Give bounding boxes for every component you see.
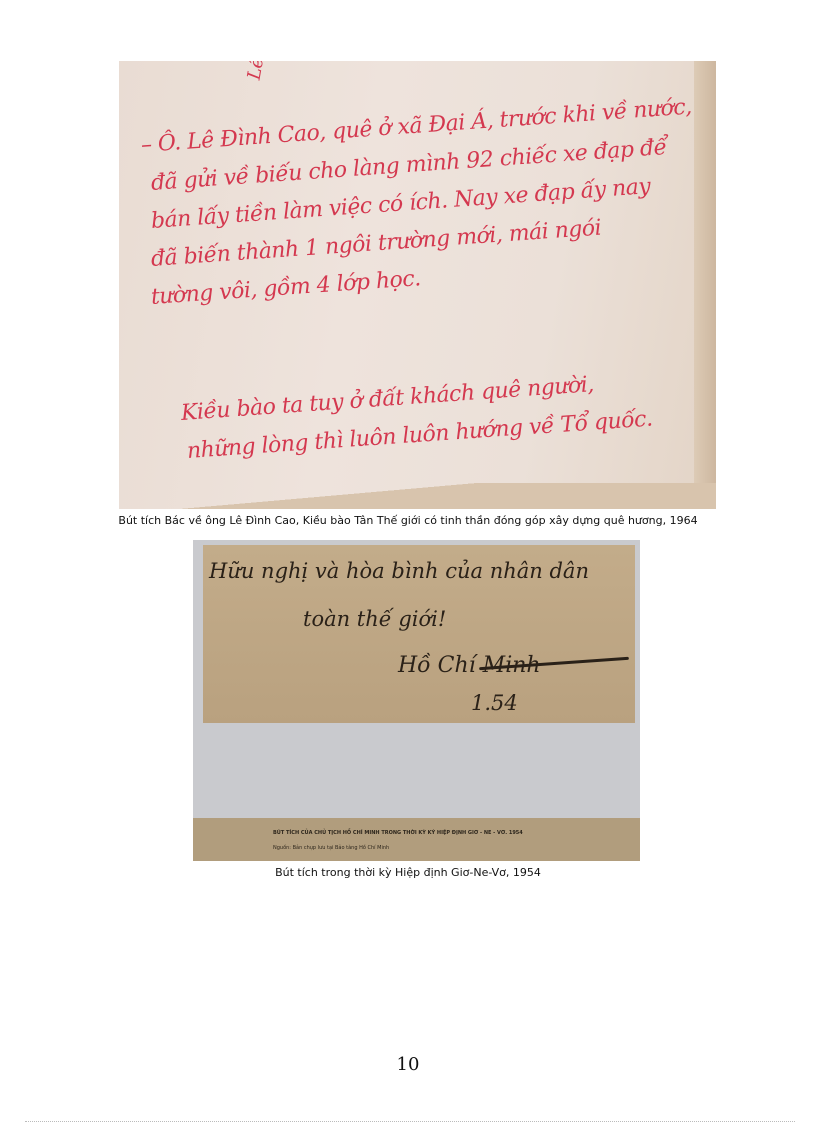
placard-title: BÚT TÍCH CỦA CHỦ TỊCH HỒ CHÍ MINH TRONG … (273, 830, 523, 836)
handwriting-line: tường vôi, gồm 4 lớp học. (150, 266, 421, 310)
page-border (25, 1121, 795, 1122)
note-card: Hữu nghị và hòa bình của nhân dân toàn t… (203, 545, 635, 723)
museum-placard: BÚT TÍCH CỦA CHỦ TỊCH HỒ CHÍ MINH TRONG … (193, 818, 640, 861)
placard-source: Nguồn: Bản chụp lưu tại Bảo tàng Hồ Chí … (273, 845, 389, 851)
figure-caption: Bút tích trong thời kỳ Hiệp định Giơ-Ne-… (0, 866, 816, 879)
handwriting-line: Hữu nghị và hòa bình của nhân dân (209, 559, 589, 583)
figure-caption: Bút tích Bác về ông Lê Đình Cao, Kiều bà… (0, 514, 816, 527)
photo-frame-edge (119, 483, 716, 509)
handwriting-date: 1.54 (471, 691, 518, 715)
handwritten-note-photo-1954: Hữu nghị và hòa bình của nhân dân toàn t… (193, 540, 640, 861)
handwriting-line: Lê Đình (244, 61, 277, 81)
page-number: 10 (0, 1054, 816, 1075)
handwritten-letter-photo-1964: Lê Đình – Ô. Lê Đình Cao, quê ở xã Đại Á… (119, 61, 716, 509)
photo-frame-edge (694, 61, 716, 509)
handwriting-line: toàn thế giới! (303, 607, 446, 631)
